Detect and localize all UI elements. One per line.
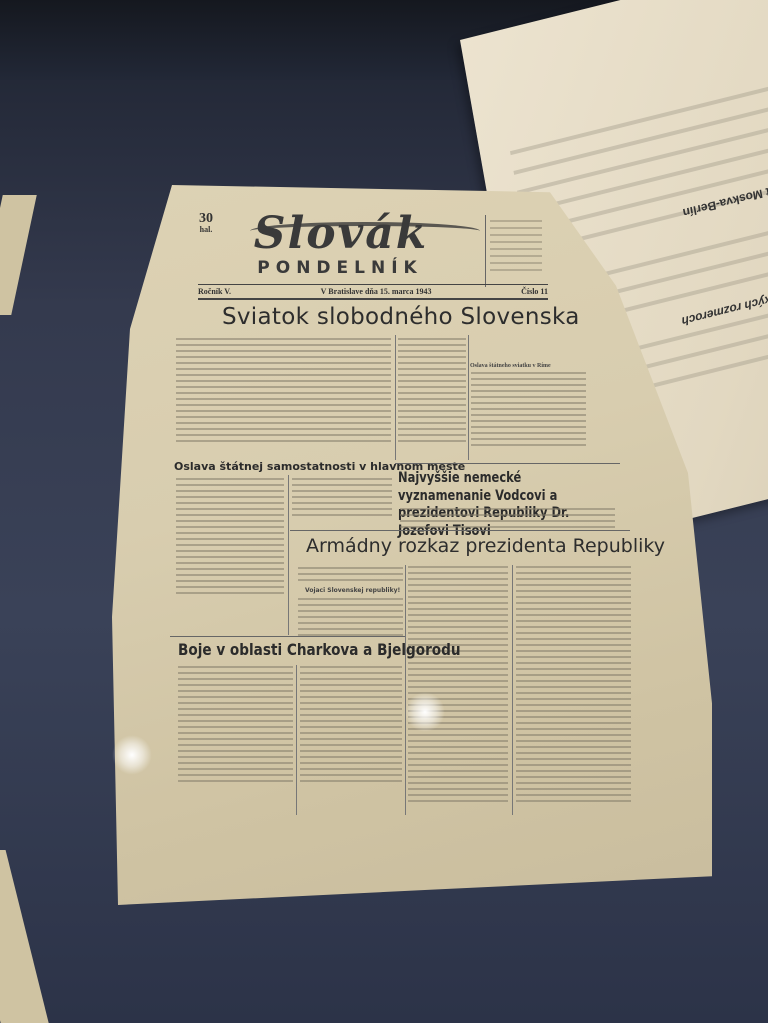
article-body-10 xyxy=(516,566,631,806)
glass-glare xyxy=(112,735,152,775)
masthead-subtitle: PONDELNÍK xyxy=(200,258,480,278)
adjacent-newspaper-left-top xyxy=(0,195,37,315)
article-body-8 xyxy=(298,598,403,640)
article-body-3 xyxy=(471,372,586,450)
dateline-bar: Ročník V. V Bratislave dňa 15. marca 194… xyxy=(198,284,548,300)
article-body-9 xyxy=(408,566,508,806)
headline-main: Sviatok slobodného Slovenska xyxy=(222,304,580,330)
article-body-11 xyxy=(178,666,293,786)
date: V Bratislave dňa 15. marca 1943 xyxy=(321,287,432,296)
volume: Ročník V. xyxy=(198,287,231,296)
masthead-sidebox xyxy=(485,215,546,287)
background-heading: Pakt Moskva-Berlín xyxy=(682,180,768,221)
article-body-6 xyxy=(400,508,615,532)
article-body-7 xyxy=(298,567,403,585)
article-body-2 xyxy=(398,338,466,446)
article-body-4 xyxy=(176,478,284,598)
subhead-rome: Oslava štátneho sviatku v Ríme xyxy=(470,363,551,369)
article-body-1 xyxy=(176,338,391,446)
glass-glare xyxy=(405,692,445,732)
issue-number: Číslo 11 xyxy=(521,287,548,296)
subhead-soldiers: Vojaci Slovenskej republiky! xyxy=(305,587,400,594)
headline-army-order: Armádny rozkaz prezidenta Republiky xyxy=(306,535,665,557)
article-body-12 xyxy=(300,666,402,786)
headline-battles: Boje v oblasti Charkova a Bjelgorodu xyxy=(178,640,461,659)
article-body-5 xyxy=(292,478,392,520)
adjacent-newspaper-left-bottom xyxy=(0,850,50,1023)
masthead-title: Slovák xyxy=(196,212,486,256)
